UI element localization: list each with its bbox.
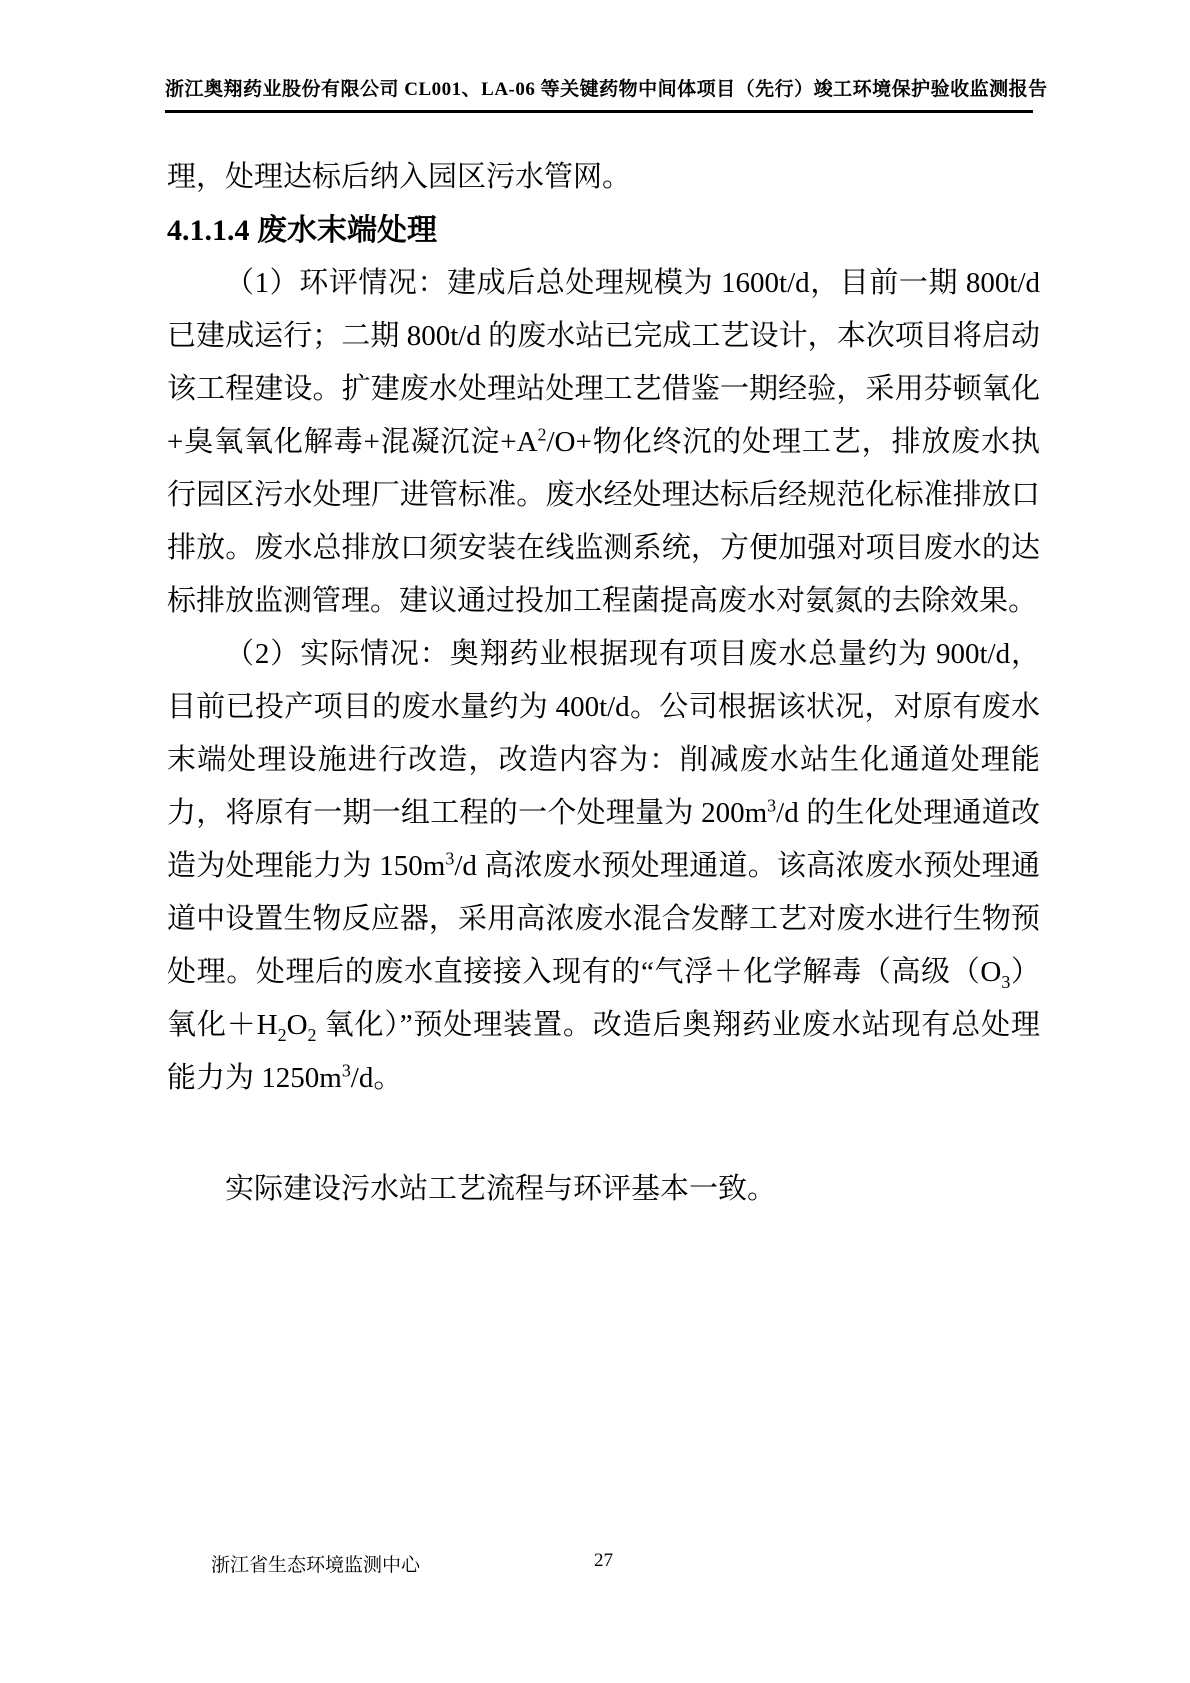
paragraph-conclusion: 实际建设污水站工艺流程与环评基本一致。: [167, 1163, 1040, 1216]
header-title: 浙江奥翔药业股份有限公司 CL001、LA-06 等关键药物中间体项目（先行）竣…: [165, 74, 1033, 101]
page-footer: 浙江省生态环境监测中心 27: [167, 1550, 1040, 1580]
paragraph-continuation: 理，处理达标后纳入园区污水管网。: [167, 151, 1040, 204]
page-number: 27: [167, 1550, 1040, 1572]
paragraph-actual-situation: （2）实际情况：奥翔药业根据现有项目废水总量约为 900t/d，目前已投产项目的…: [167, 628, 1040, 1105]
page-header: 浙江奥翔药业股份有限公司 CL001、LA-06 等关键药物中间体项目（先行）竣…: [165, 74, 1033, 113]
document-page: 浙江奥翔药业股份有限公司 CL001、LA-06 等关键药物中间体项目（先行）竣…: [0, 0, 1190, 1683]
section-heading: 4.1.1.4 废水末端处理: [167, 204, 1040, 257]
paragraph-env-assessment: （1）环评情况：建成后总处理规模为 1600t/d，目前一期 800t/d 已建…: [167, 257, 1040, 628]
page-body: 理，处理达标后纳入园区污水管网。 4.1.1.4 废水末端处理 （1）环评情况：…: [167, 151, 1040, 1216]
